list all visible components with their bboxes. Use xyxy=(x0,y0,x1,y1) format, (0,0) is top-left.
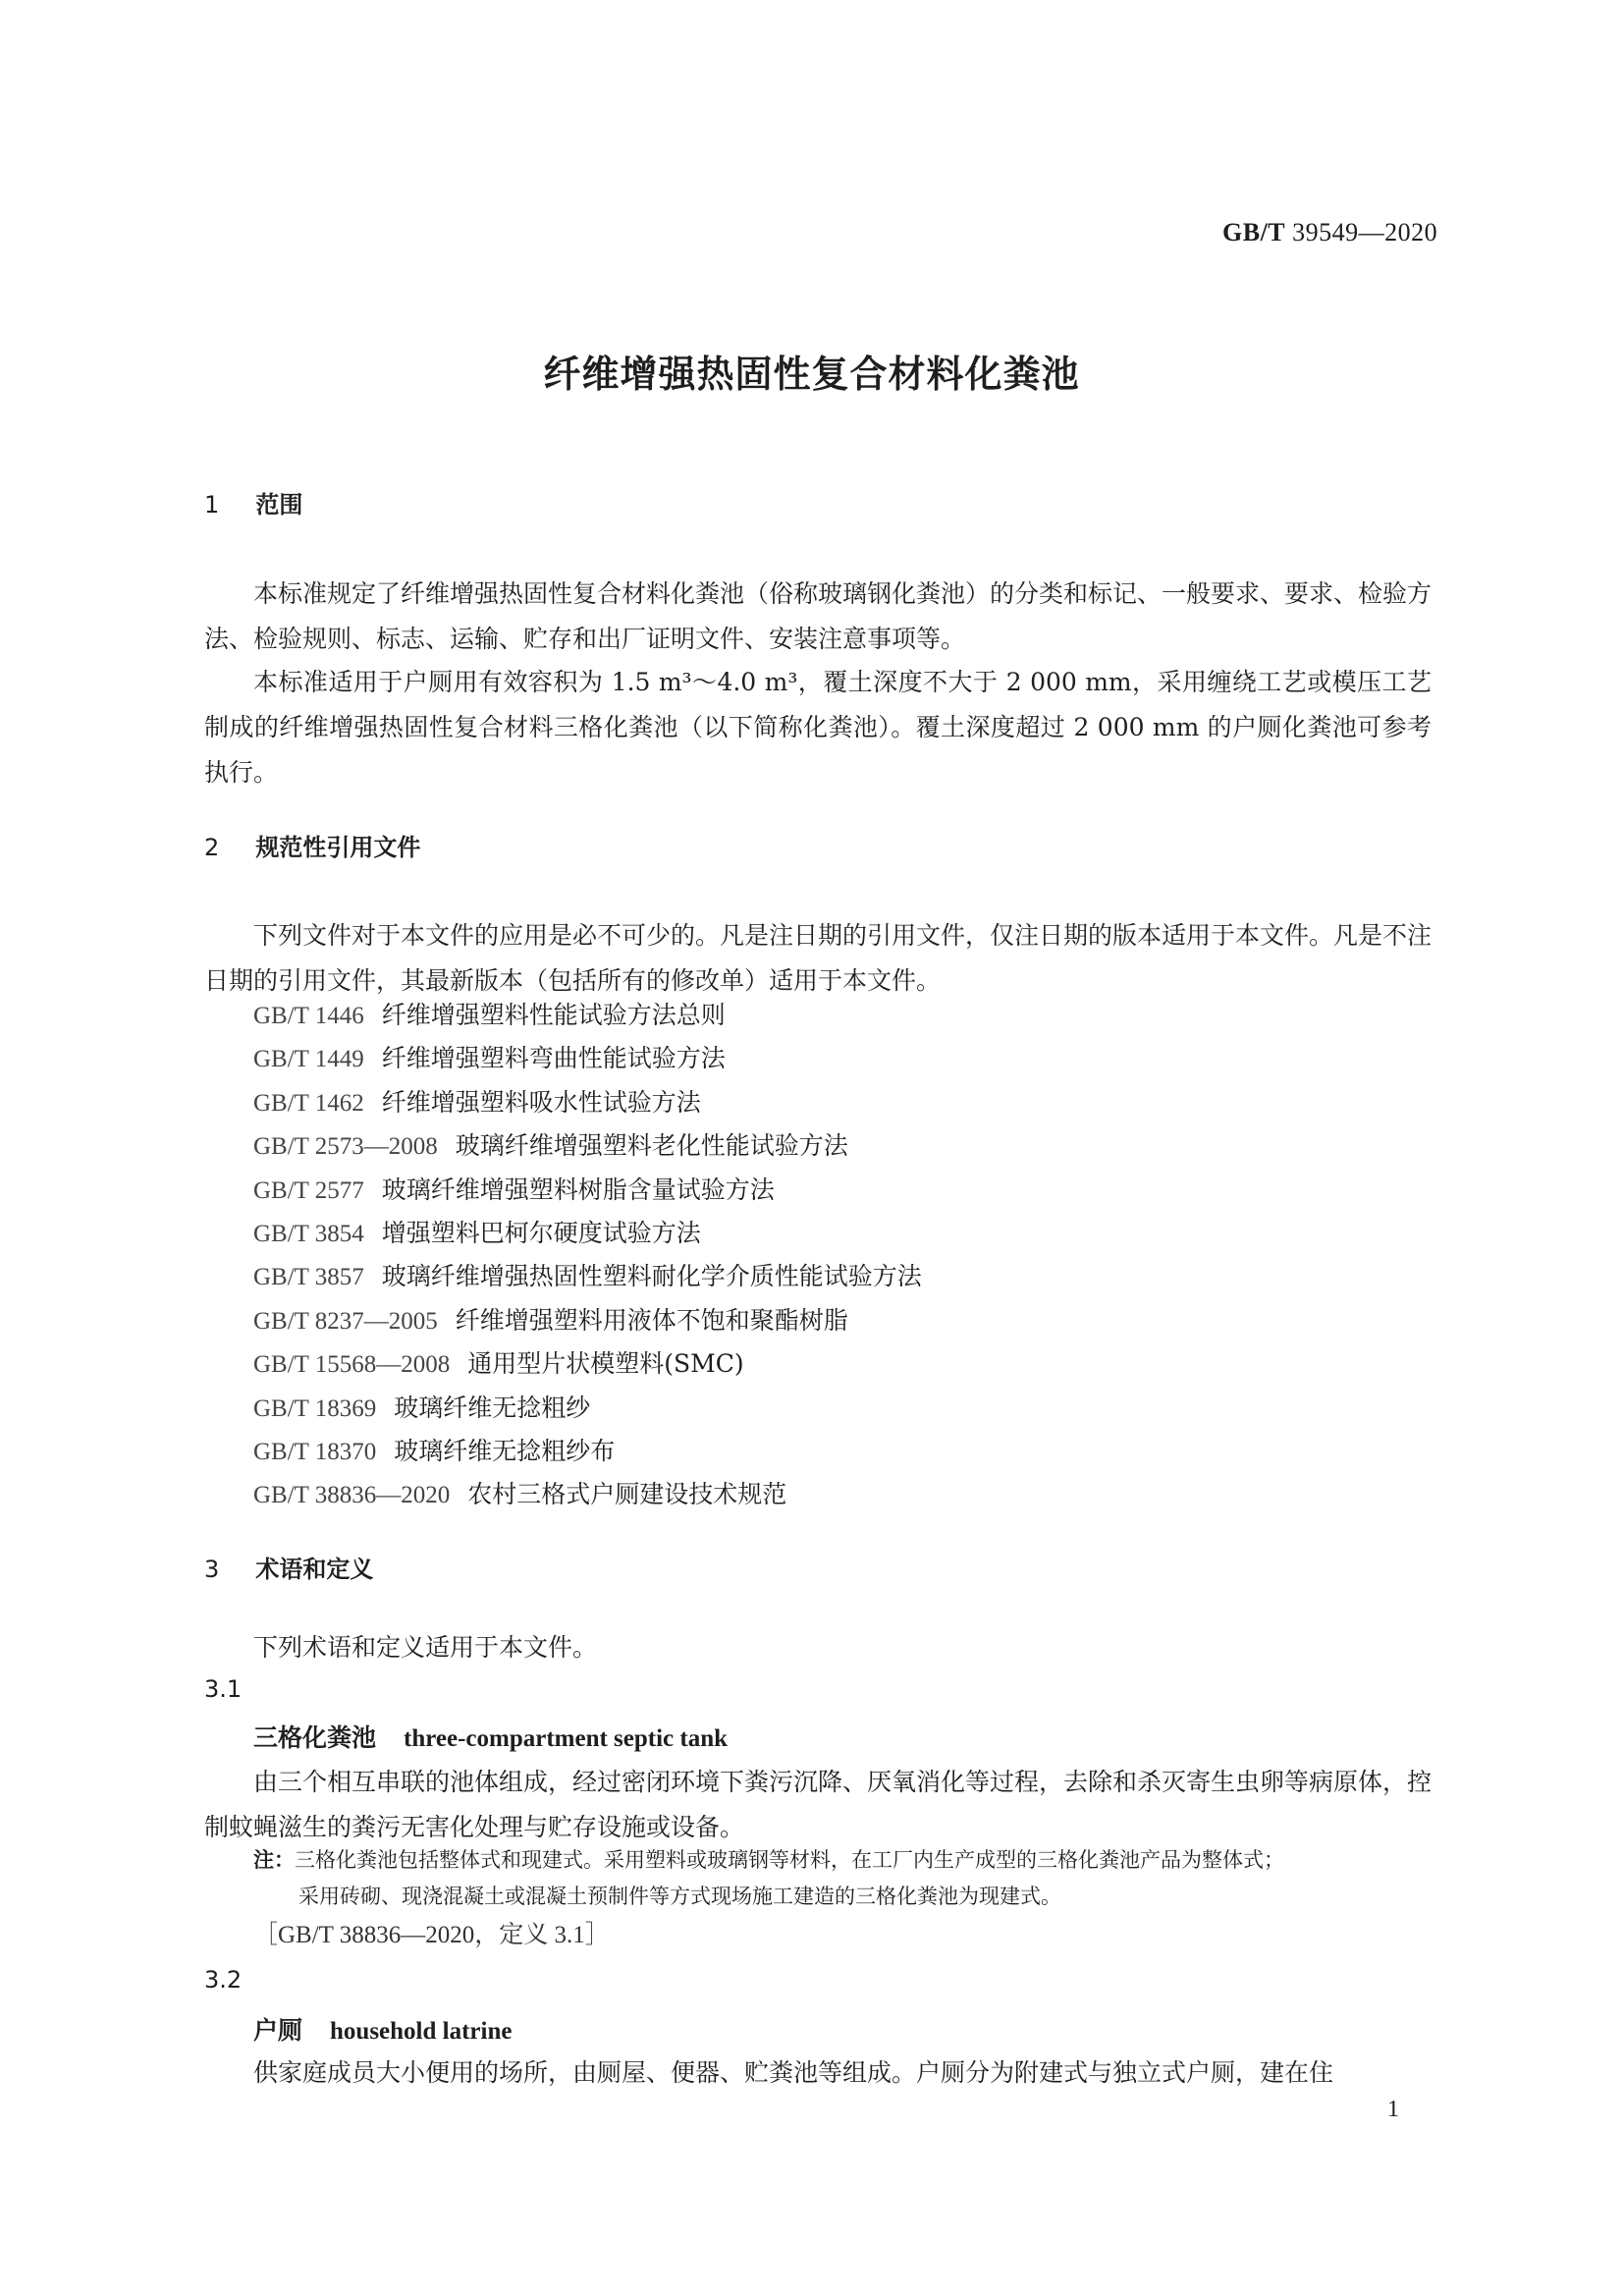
standard-code: GB/T 39549—2020 xyxy=(1222,218,1437,247)
section-heading-normative-references: 2 规范性引用文件 xyxy=(204,828,420,862)
reference-item: GB/T 3854增强塑料巴柯尔硬度试验方法 xyxy=(253,1212,922,1255)
section-number: 2 xyxy=(204,834,247,861)
reference-code: GB/T 1462 xyxy=(253,1082,364,1124)
reference-code: GB/T 3857 xyxy=(253,1256,364,1298)
term-chinese: 三格化粪池 xyxy=(253,1723,376,1752)
term-heading: 户厕household latrine xyxy=(253,2011,512,2047)
reference-code: GB/T 2577 xyxy=(253,1170,364,1212)
reference-code: GB/T 8237—2005 xyxy=(253,1300,438,1342)
reference-title: 通用型片状模塑料(SMC) xyxy=(467,1349,743,1378)
reference-item: GB/T 1446纤维增强塑料性能试验方法总则 xyxy=(253,994,922,1037)
reference-item: GB/T 38836—2020农村三格式户厕建设技术规范 xyxy=(253,1473,922,1516)
section-heading-scope: 1 范围 xyxy=(204,485,302,519)
term-definition: 供家庭成员大小便用的场所，由厕屋、便器、贮粪池等组成。户厕分为附建式与独立式户厕… xyxy=(204,2050,1432,2096)
reference-item: GB/T 2573—2008玻璃纤维增强塑料老化性能试验方法 xyxy=(253,1124,922,1168)
reference-code: GB/T 15568—2008 xyxy=(253,1343,450,1386)
reference-item: GB/T 8237—2005纤维增强塑料用液体不饱和聚酯树脂 xyxy=(253,1299,922,1342)
section-heading-terms-definitions: 3 术语和定义 xyxy=(204,1550,373,1584)
reference-code: GB/T 38836—2020 xyxy=(253,1474,450,1516)
section-title: 范围 xyxy=(255,491,302,519)
standard-number: 39549—2020 xyxy=(1292,218,1437,246)
term-heading: 三格化粪池three-compartment septic tank xyxy=(253,1719,728,1754)
reference-item: GB/T 18370玻璃纤维无捻粗纱布 xyxy=(253,1430,922,1473)
reference-item: GB/T 1462纤维增强塑料吸水性试验方法 xyxy=(253,1081,922,1124)
reference-code: GB/T 2573—2008 xyxy=(253,1125,438,1168)
reference-title: 玻璃纤维增强塑料树脂含量试验方法 xyxy=(382,1175,775,1204)
reference-item: GB/T 3857玻璃纤维增强热固性塑料耐化学介质性能试验方法 xyxy=(253,1255,922,1298)
term-number: 3.2 xyxy=(204,1966,242,1994)
section-title: 术语和定义 xyxy=(255,1556,373,1583)
references-intro: 下列文件对于本文件的应用是必不可少的。凡是注日期的引用文件，仅注日期的版本适用于… xyxy=(204,913,1432,1004)
note-label: 注： xyxy=(253,1847,295,1872)
term-note: 注：三格化粪池包括整体式和现建式。采用塑料或玻璃钢等材料，在工厂内生产成型的三格… xyxy=(253,1841,1432,1915)
section-number: 1 xyxy=(204,491,247,519)
reference-title: 农村三格式户厕建设技术规范 xyxy=(467,1480,786,1508)
reference-title: 纤维增强塑料用液体不饱和聚酯树脂 xyxy=(456,1306,848,1335)
scope-paragraph-1: 本标准规定了纤维增强热固性复合材料化粪池（俗称玻璃钢化粪池）的分类和标记、一般要… xyxy=(204,572,1432,662)
terms-intro: 下列术语和定义适用于本文件。 xyxy=(204,1625,1432,1670)
term-chinese: 户厕 xyxy=(253,2016,302,2045)
reference-title: 纤维增强塑料性能试验方法总则 xyxy=(382,1001,726,1029)
reference-list: GB/T 1446纤维增强塑料性能试验方法总则 GB/T 1449纤维增强塑料弯… xyxy=(253,994,922,1517)
term-english: three-compartment septic tank xyxy=(404,1725,728,1752)
reference-code: GB/T 1446 xyxy=(253,995,364,1037)
term-number: 3.1 xyxy=(204,1675,242,1703)
term-english: household latrine xyxy=(330,2018,512,2045)
section-number: 3 xyxy=(204,1556,247,1583)
document-title: 纤维增强热固性复合材料化粪池 xyxy=(0,344,1623,398)
reference-title: 玻璃纤维增强塑料老化性能试验方法 xyxy=(456,1131,848,1160)
section-title: 规范性引用文件 xyxy=(255,834,420,861)
reference-item: GB/T 15568—2008通用型片状模塑料(SMC) xyxy=(253,1342,922,1386)
reference-item: GB/T 1449纤维增强塑料弯曲性能试验方法 xyxy=(253,1037,922,1080)
reference-title: 纤维增强塑料弯曲性能试验方法 xyxy=(382,1044,726,1072)
reference-title: 增强塑料巴柯尔硬度试验方法 xyxy=(382,1219,701,1247)
reference-item: GB/T 2577玻璃纤维增强塑料树脂含量试验方法 xyxy=(253,1169,922,1212)
reference-title: 玻璃纤维无捻粗纱 xyxy=(394,1394,590,1422)
reference-title: 玻璃纤维增强热固性塑料耐化学介质性能试验方法 xyxy=(382,1262,922,1290)
scope-paragraph-2: 本标准适用于户厕用有效容积为 1.5 m³～4.0 m³，覆土深度不大于 2 0… xyxy=(204,660,1432,795)
reference-item: GB/T 18369玻璃纤维无捻粗纱 xyxy=(253,1387,922,1430)
note-line-1: 三格化粪池包括整体式和现建式。采用塑料或玻璃钢等材料，在工厂内生产成型的三格化粪… xyxy=(295,1848,1284,1872)
term-definition: 由三个相互串联的池体组成，经过密闭环境下粪污沉降、厌氧消化等过程，去除和杀灭寄生… xyxy=(204,1760,1432,1850)
reference-title: 玻璃纤维无捻粗纱布 xyxy=(394,1437,615,1465)
reference-code: GB/T 3854 xyxy=(253,1213,364,1255)
reference-code: GB/T 1449 xyxy=(253,1038,364,1080)
reference-code: GB/T 18369 xyxy=(253,1388,376,1430)
standard-prefix: GB/T xyxy=(1222,218,1285,246)
reference-title: 纤维增强塑料吸水性试验方法 xyxy=(382,1088,701,1117)
note-line-2: 采用砖砌、现浇混凝土或混凝土预制件等方式现场施工建造的三格化粪池为现建式。 xyxy=(253,1879,1432,1915)
reference-code: GB/T 18370 xyxy=(253,1431,376,1473)
term-source: ［GB/T 38836—2020，定义 3.1］ xyxy=(253,1915,610,1950)
page-number: 1 xyxy=(1387,2097,1399,2123)
